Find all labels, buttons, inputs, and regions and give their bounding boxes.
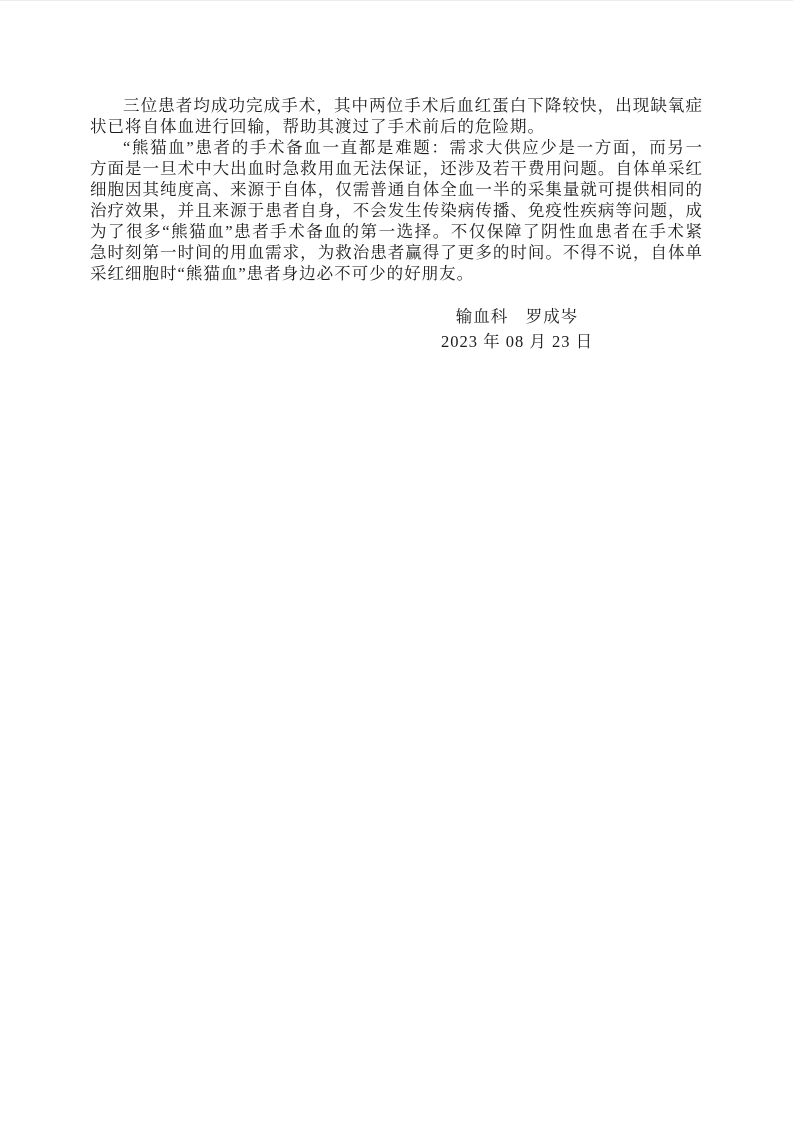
text-line: 状已将自体血进行回输，帮助其渡过了手术前后的危险期。 [90,116,703,137]
paragraph-surgery-outcome: 三位患者均成功完成手术，其中两位手术后血红蛋白下降较快，出现缺氧症状已将自体血进… [90,95,703,137]
text-line: 三位患者均成功完成手术，其中两位手术后血红蛋白下降较快，出现缺氧症 [90,95,703,116]
signature-signer: 输血科 罗成岑 [331,304,703,329]
text-line: “熊猫血”患者的手术备血一直都是难题：需求大供应少是一方面，而另一 [90,137,703,158]
signature-block: 输血科 罗成岑 2023 年 08 月 23 日 [331,304,703,354]
paragraph-panda-blood: “熊猫血”患者的手术备血一直都是难题：需求大供应少是一方面，而另一方面是一旦术中… [90,137,703,284]
document-body: 三位患者均成功完成手术，其中两位手术后血红蛋白下降较快，出现缺氧症状已将自体血进… [90,95,703,354]
text-line: 采红细胞时“熊猫血”患者身边必不可少的好朋友。 [90,263,703,284]
text-line: 为了很多“熊猫血”患者手术备血的第一选择。不仅保障了阴性血患者在手术紧 [90,221,703,242]
text-line: 细胞因其纯度高、来源于自体，仅需普通自体全血一半的采集量就可提供相同的 [90,179,703,200]
text-line: 方面是一旦术中大出血时急救用血无法保证，还涉及若干费用问题。自体单采红 [90,158,703,179]
text-line: 急时刻第一时间的用血需求，为救治患者赢得了更多的时间。不得不说，自体单 [90,242,703,263]
document-page: 三位患者均成功完成手术，其中两位手术后血红蛋白下降较快，出现缺氧症状已将自体血进… [0,0,793,1122]
signature-date: 2023 年 08 月 23 日 [331,329,703,354]
text-line: 治疗效果，并且来源于患者自身，不会发生传染病传播、免疫性疾病等问题，成 [90,200,703,221]
